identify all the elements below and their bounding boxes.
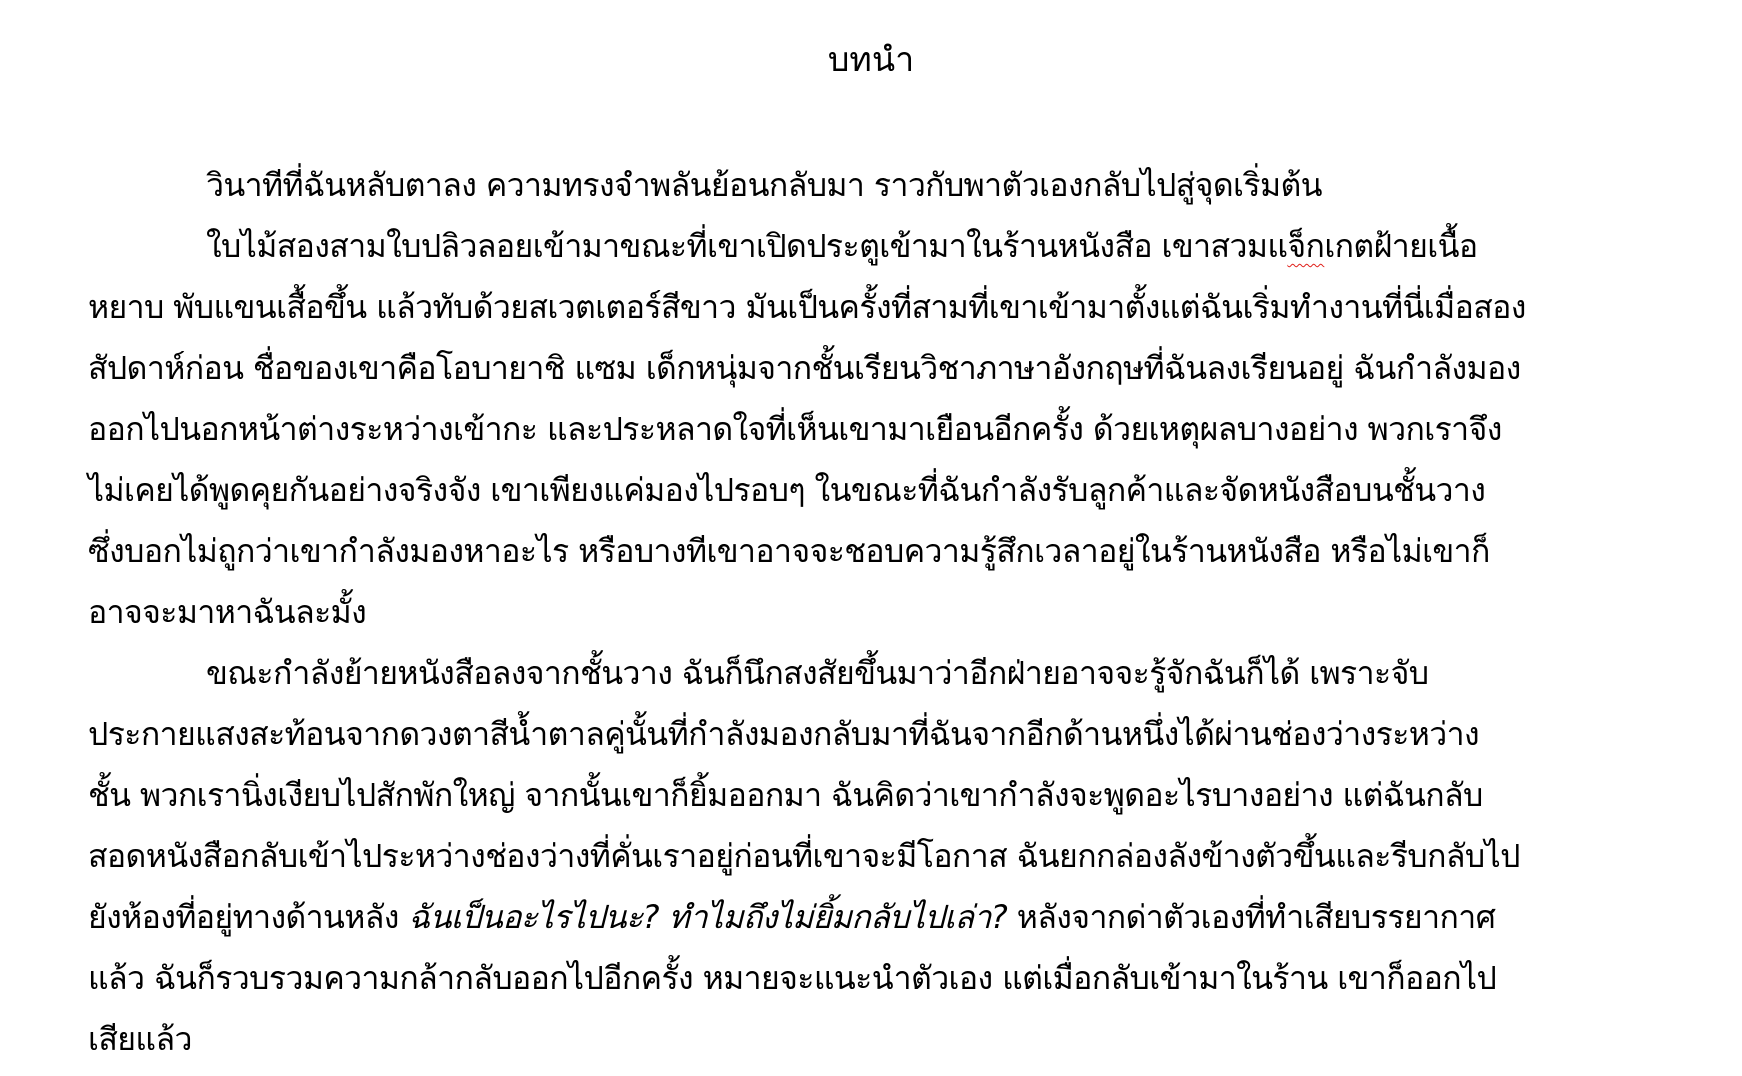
paragraph-2-line-1: ใบไม้สองสามใบปลิวลอยเข้ามาขณะที่เขาเปิดป…: [88, 216, 1668, 277]
document-body[interactable]: วินาทีที่ฉันหลับตาลง ความทรงจำพลันย้อนกล…: [88, 155, 1668, 1070]
paragraph-2-line-4: ออกไปนอกหน้าต่างระหว่างเข้ากะ และประหลาด…: [88, 399, 1668, 460]
paragraph-3-line-7: เสียแล้ว: [88, 1009, 1668, 1070]
paragraph-3-line-3: ชั้น พวกเรานิ่งเงียบไปสักพักใหญ่ จากนั้น…: [88, 765, 1668, 826]
document-title: บทนำ: [0, 30, 1742, 90]
text-segment: ใบไม้สองสามใบปลิวลอยเข้ามาขณะที่เขาเปิดป…: [206, 227, 1287, 265]
text-segment: หลังจากด่าตัวเองที่ทำเสียบรรยากาศ: [1007, 898, 1495, 936]
text-segment: ยังห้องที่อยู่ทางด้านหลัง: [88, 898, 408, 936]
paragraph-2-line-7: อาจจะมาหาฉันละมั้ง: [88, 582, 1668, 643]
paragraph-3-line-5: ยังห้องที่อยู่ทางด้านหลัง ฉันเป็นอะไรไปน…: [88, 887, 1668, 948]
text-segment: เกตฝ้ายเนื้อ: [1324, 227, 1477, 265]
paragraph-3-line-2: ประกายแสงสะท้อนจากดวงตาสีน้ำตาลคู่นั้นที…: [88, 704, 1668, 765]
paragraph-2-line-5: ไม่เคยได้พูดคุยกันอย่างจริงจัง เขาเพียงแ…: [88, 460, 1668, 521]
italic-thought: ฉันเป็นอะไรไปนะ? ทำไมถึงไม่ยิ้มกลับไปเล่…: [408, 898, 1007, 936]
paragraph-2-line-2: หยาบ พับแขนเสื้อขึ้น แล้วทับด้วยสเวตเตอร…: [88, 277, 1668, 338]
paragraph-3-line-6: แล้ว ฉันก็รวบรวมความกล้ากลับออกไปอีกครั้…: [88, 948, 1668, 1009]
paragraph-3-line-4: สอดหนังสือกลับเข้าไประหว่างช่องว่างที่คั…: [88, 826, 1668, 887]
document-page: บทนำ วินาทีที่ฉันหลับตาลง ความทรงจำพลันย…: [0, 0, 1742, 1076]
paragraph-2-line-6: ซึ่งบอกไม่ถูกว่าเขากำลังมองหาอะไร หรือบา…: [88, 521, 1668, 582]
paragraph-1-line-1: วินาทีที่ฉันหลับตาลง ความทรงจำพลันย้อนกล…: [88, 155, 1668, 216]
paragraph-2-line-3: สัปดาห์ก่อน ชื่อของเขาคือโอบายาชิ แซม เด…: [88, 338, 1668, 399]
paragraph-3-line-1: ขณะกำลังย้ายหนังสือลงจากชั้นวาง ฉันก็นึก…: [88, 643, 1668, 704]
spellcheck-flagged-word[interactable]: จ็ก: [1287, 227, 1324, 265]
